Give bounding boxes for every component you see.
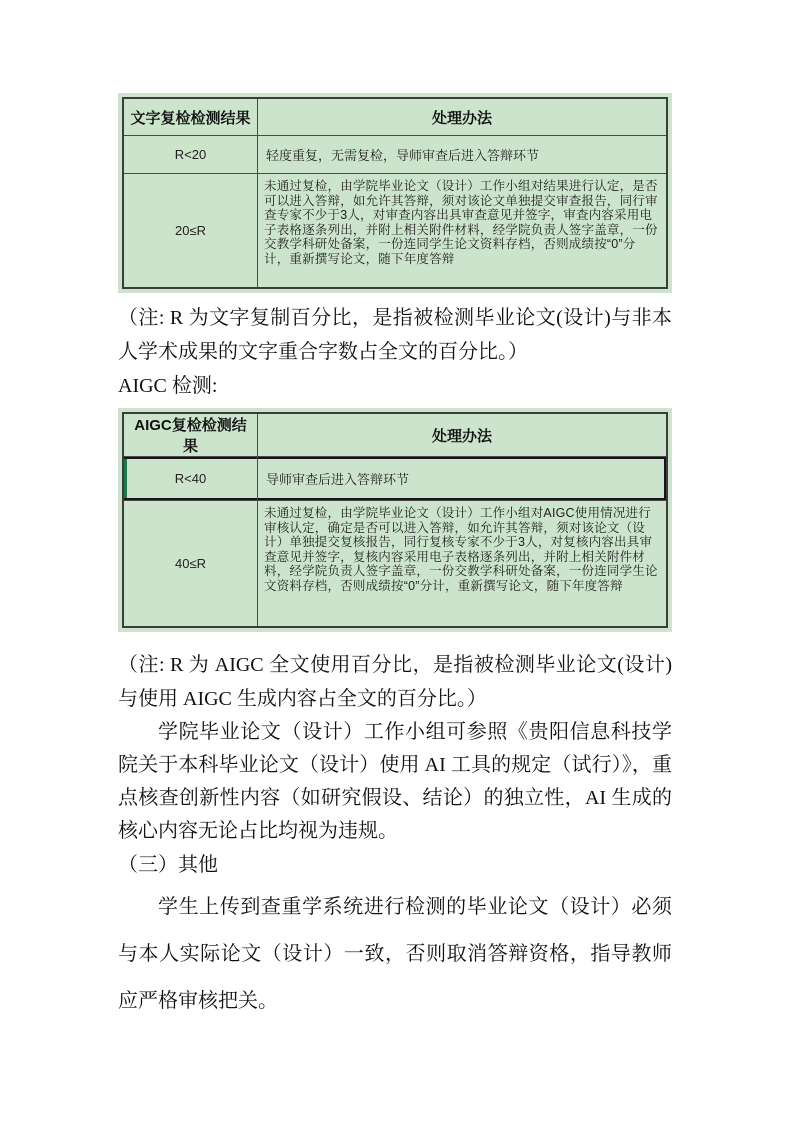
section-heading-other: （三）其他 xyxy=(118,848,672,882)
header-result-column: 文字复检检测结果 xyxy=(124,99,258,135)
action-cell: 未通过复检，由学院毕业论文（设计）工作小组对AIGC使用情况进行审核认定，确定是… xyxy=(258,501,666,626)
text-recheck-table: 文字复检检测结果 处理办法 R<20 轻度重复，无需复检，导师审查后进入答辩环节… xyxy=(118,93,672,293)
result-cell: R<20 xyxy=(124,136,258,173)
header-action-column: 处理办法 xyxy=(258,414,666,456)
note-text-duplication: （注: R 为文字复制百分比，是指被检测毕业论文(设计)与非本人学术成果的文字重… xyxy=(118,301,672,369)
result-cell: R<40 xyxy=(124,457,258,500)
table-row: R<20 轻度重复，无需复检，导师审查后进入答辩环节 xyxy=(124,136,666,174)
table-row: 20≤R 未通过复检，由学院毕业论文（设计）工作小组对结果进行认定，是否可以进入… xyxy=(124,174,666,287)
table-row-highlighted: R<40 导师审查后进入答辩环节 xyxy=(124,457,666,501)
action-cell: 轻度重复，无需复检，导师审查后进入答辩环节 xyxy=(258,136,666,173)
header-action-column: 处理办法 xyxy=(258,99,666,135)
document-content: 文字复检检测结果 处理办法 R<20 轻度重复，无需复检，导师审查后进入答辩环节… xyxy=(118,93,672,1025)
result-cell: 40≤R xyxy=(124,501,258,626)
table-header-row: AIGC复检检测结果 处理办法 xyxy=(124,414,666,457)
note-aigc-percentage: （注: R 为 AIGC 全文使用百分比，是指被检测毕业论文(设计)与使用 AI… xyxy=(118,648,672,716)
paragraph-upload-requirement: 学生上传到查重学系统进行检测的毕业论文（设计）必须与本人实际论文（设计）一致，否… xyxy=(118,884,672,1025)
paragraph-workgroup-reference: 学院毕业论文（设计）工作小组可参照《贵阳信息科技学院关于本科毕业论文（设计）使用… xyxy=(118,716,672,848)
table-row: 40≤R 未通过复检，由学院毕业论文（设计）工作小组对AIGC使用情况进行审核认… xyxy=(124,501,666,626)
text-recheck-table-inner: 文字复检检测结果 处理办法 R<20 轻度重复，无需复检，导师审查后进入答辩环节… xyxy=(122,97,668,289)
header-result-column: AIGC复检检测结果 xyxy=(124,414,258,456)
aigc-recheck-table: AIGC复检检测结果 处理办法 R<40 导师审查后进入答辩环节 40≤R 未通… xyxy=(118,408,672,632)
aigc-detection-label: AIGC 检测: xyxy=(118,369,672,403)
action-cell: 导师审查后进入答辩环节 xyxy=(258,457,666,500)
document-page: 文字复检检测结果 处理办法 R<20 轻度重复，无需复检，导师审查后进入答辩环节… xyxy=(0,0,793,1122)
table-header-row: 文字复检检测结果 处理办法 xyxy=(124,99,666,136)
aigc-recheck-table-inner: AIGC复检检测结果 处理办法 R<40 导师审查后进入答辩环节 40≤R 未通… xyxy=(122,412,668,628)
result-cell: 20≤R xyxy=(124,174,258,287)
action-cell: 未通过复检，由学院毕业论文（设计）工作小组对结果进行认定，是否可以进入答辩，如允… xyxy=(258,174,666,287)
